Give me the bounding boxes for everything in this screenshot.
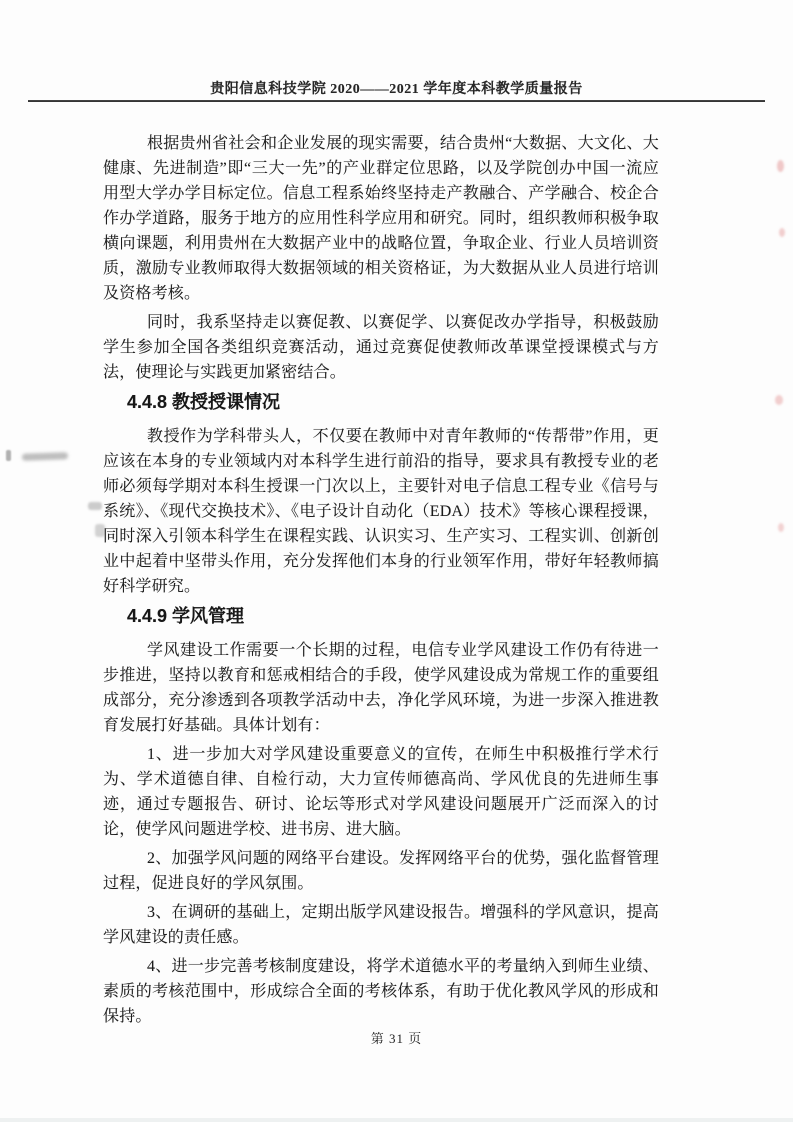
list-item-4: 4、进一步完善考核制度建设，将学术道德水平的考量纳入到师生业绩、素质的考核范围中… bbox=[103, 954, 659, 1029]
paragraph-competitions: 同时，我系坚持走以赛促教、以赛促学、以赛促改办学指导，积极鼓励学生参加全国各类组… bbox=[103, 310, 659, 385]
scan-artifact-pink-mark bbox=[777, 160, 784, 172]
paragraph-professor-teaching: 教授作为学科带头人，不仅要在教师中对青年教师的“传帮带”作用，更应该在本身的专业… bbox=[103, 424, 659, 599]
scan-artifact-smudge bbox=[88, 502, 102, 510]
scan-artifact-pink-mark bbox=[775, 395, 783, 405]
document-body: 根据贵州省社会和企业发展的现实需要，结合贵州“大数据、大文化、大健康、先进制造”… bbox=[103, 131, 659, 1033]
scan-artifact-smudge bbox=[6, 450, 11, 461]
page-footer: 第 31 页 bbox=[0, 1028, 793, 1048]
running-head-title: 贵阳信息科技学院 2020——2021 学年度本科教学质量报告 bbox=[0, 78, 793, 98]
section-heading-4-4-9: 4.4.9 学风管理 bbox=[103, 603, 659, 629]
list-item-3: 3、在调研的基础上，定期出版学风建设报告。增强科的学风意识，提高学风建设的责任感… bbox=[103, 900, 659, 950]
scan-artifact-pink-mark bbox=[778, 523, 784, 532]
paragraph-intro: 根据贵州省社会和企业发展的现实需要，结合贵州“大数据、大文化、大健康、先进制造”… bbox=[103, 131, 659, 306]
list-item-1: 1、进一步加大对学风建设重要意义的宣传，在师生中积极推行学术行为、学术道德自律、… bbox=[103, 742, 659, 842]
scanned-report-page: 贵阳信息科技学院 2020——2021 学年度本科教学质量报告 根据贵州省社会和… bbox=[0, 0, 793, 1122]
paragraph-study-style: 学风建设工作需要一个长期的过程，电信专业学风建设工作仍有待进一步推进，坚持以教育… bbox=[103, 638, 659, 738]
list-item-2: 2、加强学风问题的网络平台建设。发挥网络平台的优势，强化监督管理过程，促进良好的… bbox=[103, 846, 659, 896]
scan-edge-band bbox=[0, 1118, 793, 1122]
scan-artifact-smudge bbox=[22, 452, 68, 461]
section-heading-4-4-8: 4.4.8 教授授课情况 bbox=[103, 389, 659, 415]
page-number: 第 31 页 bbox=[371, 1031, 423, 1046]
scan-artifact-pink-mark bbox=[779, 228, 785, 237]
header-rule bbox=[28, 100, 765, 102]
page-header: 贵阳信息科技学院 2020——2021 学年度本科教学质量报告 bbox=[0, 78, 793, 98]
